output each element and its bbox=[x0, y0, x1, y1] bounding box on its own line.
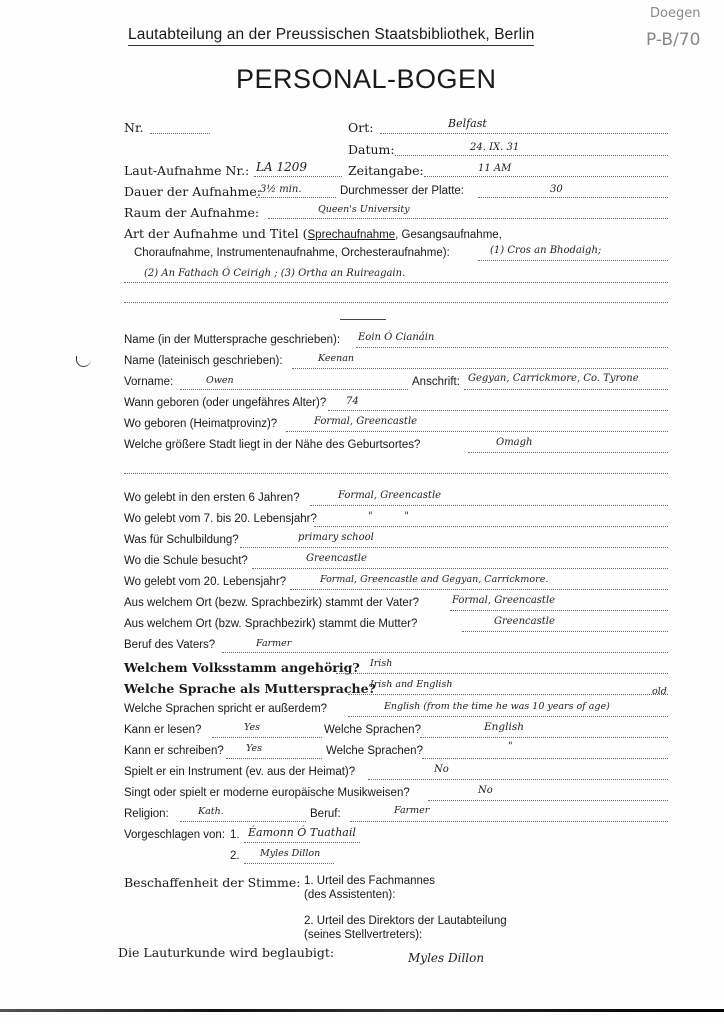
sprachen-ausserdem-value: English (from the time he was 10 years o… bbox=[384, 701, 610, 712]
sprachen-ausserdem-label: Welche Sprachen spricht er außerdem? bbox=[124, 703, 327, 715]
sprachen-ausserdem-superscript: old bbox=[652, 686, 667, 697]
schreiben-field[interactable] bbox=[226, 758, 322, 759]
sprachen-ausserdem-field[interactable] bbox=[348, 716, 668, 717]
ort-value: Belfast bbox=[448, 117, 487, 130]
zeitangabe-value: 11 AM bbox=[478, 163, 511, 174]
art-label-line1: Art der Aufnahme und Titel (Sprechaufnah… bbox=[124, 226, 502, 241]
lesen-label: Kann er lesen? bbox=[124, 724, 201, 736]
beruf-vater-value: Farmer bbox=[256, 638, 291, 649]
stimme-item1-line1: 1. Urteil des Fachmannes bbox=[304, 875, 435, 887]
lesen-value: Yes bbox=[244, 722, 260, 733]
anschrift-label: Anschrift: bbox=[412, 376, 460, 388]
ort-label: Ort: bbox=[348, 120, 373, 135]
lesen-sprachen-value: English bbox=[484, 721, 524, 733]
datum-value: 24. IX. 31 bbox=[470, 142, 519, 153]
vorgeschlagen-field-2[interactable] bbox=[244, 863, 334, 864]
datum-field[interactable] bbox=[395, 155, 668, 156]
geboren-alter-value: 74 bbox=[346, 396, 359, 407]
signature: Myles Dillon bbox=[408, 951, 484, 965]
groessere-stadt-label: Welche größere Stadt liegt in der Nähe d… bbox=[124, 439, 420, 451]
stimme-item1-line2: (des Assistenten): bbox=[304, 889, 395, 901]
institution-header: Lautabteilung an der Preussischen Staats… bbox=[128, 26, 534, 46]
vorname-field[interactable] bbox=[180, 389, 408, 390]
groessere-stadt-field-2[interactable] bbox=[124, 473, 668, 474]
instrument-field[interactable] bbox=[368, 779, 668, 780]
art-label-suffix: , Gesangsaufnahme, bbox=[395, 229, 502, 241]
raum-field[interactable] bbox=[268, 218, 668, 219]
beruf-vater-field[interactable] bbox=[222, 652, 668, 653]
raum-label: Raum der Aufnahme: bbox=[124, 205, 259, 220]
durchmesser-value: 30 bbox=[550, 184, 563, 195]
personal-bogen-form: Lautabteilung an der Preussischen Staats… bbox=[0, 0, 724, 1024]
stimme-item2-line1: 2. Urteil des Direktors der Lautabteilun… bbox=[304, 915, 507, 927]
musikweisen-label: Singt oder spielt er moderne europäische… bbox=[124, 787, 410, 799]
lesen-sprachen-label: Welche Sprachen? bbox=[324, 724, 421, 736]
muttersprache-field[interactable] bbox=[348, 694, 668, 695]
schule-field[interactable] bbox=[252, 568, 668, 569]
dauer-value: 3½ min. bbox=[260, 184, 302, 195]
beruf-field[interactable] bbox=[350, 821, 668, 822]
geboren-alter-field[interactable] bbox=[328, 410, 668, 411]
schreiben-label: Kann er schreiben? bbox=[124, 745, 224, 757]
section-divider bbox=[340, 319, 386, 320]
vater-ort-value: Formal, Greencastle bbox=[452, 595, 555, 606]
art-field-line1[interactable] bbox=[478, 260, 668, 261]
ort-field[interactable] bbox=[380, 133, 668, 134]
musikweisen-value: No bbox=[478, 785, 493, 796]
durchmesser-label: Durchmesser der Platte: bbox=[340, 185, 464, 197]
art-field-line3[interactable] bbox=[124, 302, 668, 303]
laut-aufnahme-nr-field[interactable] bbox=[254, 176, 342, 177]
anschrift-field[interactable] bbox=[464, 389, 668, 390]
stimme-label: Beschaffenheit der Stimme: bbox=[124, 875, 301, 890]
dauer-label: Dauer der Aufnahme: bbox=[124, 184, 261, 199]
vater-ort-label: Aus welchem Ort (bezw. Sprachbezirk) sta… bbox=[124, 597, 419, 609]
art-label-sprechaufnahme: Sprechaufnahme bbox=[308, 229, 396, 241]
raum-value: Queen's University bbox=[318, 204, 410, 215]
vorname-value: Owen bbox=[206, 375, 234, 386]
vorgeschlagen-num-1: 1. bbox=[230, 829, 240, 841]
bottom-rule bbox=[0, 1009, 724, 1012]
schreiben-sprachen-field[interactable] bbox=[422, 758, 668, 759]
beruf-label: Beruf: bbox=[310, 808, 341, 820]
geboren-alter-label: Wann geboren (oder ungefähres Alter)? bbox=[124, 397, 326, 409]
ab-20-value: Formal, Greencastle and Gegyan, Carrickm… bbox=[320, 574, 548, 585]
zeitangabe-field[interactable] bbox=[424, 176, 668, 177]
anschrift-value: Gegyan, Carrickmore, Co. Tyrone bbox=[468, 373, 639, 384]
musikweisen-field[interactable] bbox=[428, 800, 668, 801]
zeitangabe-label: Zeitangabe: bbox=[348, 163, 424, 178]
religion-value: Kath. bbox=[198, 806, 224, 817]
volksstamm-label: Welchem Volksstamm angehörig? bbox=[124, 660, 360, 675]
erste-6-jahre-label: Wo gelebt in den ersten 6 Jahren? bbox=[124, 492, 300, 504]
laut-aufnahme-nr-label: Laut-Aufnahme Nr.: bbox=[124, 163, 249, 178]
volksstamm-field[interactable] bbox=[336, 673, 668, 674]
nr-field[interactable] bbox=[150, 133, 210, 134]
muttersprache-label: Welche Sprache als Muttersprache? bbox=[124, 681, 376, 696]
religion-label: Religion: bbox=[124, 808, 169, 820]
art-label-line2: Choraufnahme, Instrumentenaufnahme, Orch… bbox=[134, 247, 450, 259]
art-value-line1: (1) Cros an Bhodaigh; bbox=[490, 245, 601, 256]
vorgeschlagen-field-1[interactable] bbox=[244, 842, 360, 843]
schule-value: Greencastle bbox=[306, 553, 367, 564]
name-latin-field[interactable] bbox=[292, 368, 668, 369]
instrument-value: No bbox=[434, 764, 449, 775]
muttersprache-value: Irish and English bbox=[370, 679, 452, 690]
durchmesser-field[interactable] bbox=[478, 197, 668, 198]
datum-label: Datum: bbox=[348, 142, 395, 157]
vorgeschlagen-value-1: Éamonn Ó Tuathail bbox=[248, 826, 356, 839]
vorgeschlagen-num-2: 2. bbox=[230, 850, 240, 862]
schreiben-sprachen-value: " bbox=[508, 741, 513, 752]
schreiben-sprachen-label: Welche Sprachen? bbox=[326, 745, 423, 757]
name-native-field[interactable] bbox=[356, 347, 668, 348]
name-native-value: Eoin Ó Cianáin bbox=[358, 332, 434, 343]
art-label-prefix: Art der Aufnahme und Titel ( bbox=[124, 226, 308, 241]
archive-note-line2: P-B/70 bbox=[646, 30, 700, 50]
mutter-ort-value: Greencastle bbox=[494, 616, 555, 627]
laut-aufnahme-nr-value: LA 1209 bbox=[256, 160, 307, 174]
art-field-line2[interactable] bbox=[124, 282, 668, 283]
jahr-7-20-value: " " bbox=[368, 511, 409, 522]
lesen-sprachen-field[interactable] bbox=[420, 737, 668, 738]
lesen-field[interactable] bbox=[212, 737, 322, 738]
schulbildung-value: primary school bbox=[298, 532, 374, 543]
page-title: PERSONAL-BOGEN bbox=[236, 64, 497, 95]
beruf-vater-label: Beruf des Vaters? bbox=[124, 639, 215, 651]
erste-6-jahre-value: Formal, Greencastle bbox=[338, 490, 441, 501]
groessere-stadt-value: Omagh bbox=[496, 437, 532, 448]
name-native-label: Name (in der Muttersprache geschrieben): bbox=[124, 334, 340, 346]
schreiben-value: Yes bbox=[246, 743, 262, 754]
stimme-item2-line2: (seines Stellvertreters): bbox=[304, 929, 422, 941]
schule-label: Wo die Schule besucht? bbox=[124, 555, 248, 567]
name-latin-label: Name (lateinisch geschrieben): bbox=[124, 355, 283, 367]
mutter-ort-label: Aus welchem Ort (bzw. Sprachbezirk) stam… bbox=[124, 618, 417, 630]
ab-20-label: Wo gelebt vom 20. Lebensjahr? bbox=[124, 576, 286, 588]
geboren-ort-value: Formal, Greencastle bbox=[314, 416, 417, 427]
vorname-label: Vorname: bbox=[124, 376, 173, 388]
mutter-ort-field[interactable] bbox=[462, 631, 668, 632]
ab-20-field[interactable] bbox=[290, 589, 668, 590]
beruf-value: Farmer bbox=[394, 805, 429, 816]
jahr-7-20-label: Wo gelebt vom 7. bis 20. Lebensjahr? bbox=[124, 513, 317, 525]
groessere-stadt-field[interactable] bbox=[468, 452, 668, 453]
geboren-ort-label: Wo geboren (Heimatprovinz)? bbox=[124, 418, 277, 430]
schulbildung-label: Was für Schulbildung? bbox=[124, 534, 239, 546]
art-value-line2: (2) An Fathach Ó Ceirigh ; (3) Ortha an … bbox=[144, 268, 405, 279]
erste-6-jahre-field[interactable] bbox=[310, 505, 668, 506]
religion-field[interactable] bbox=[180, 821, 306, 822]
geboren-ort-field[interactable] bbox=[286, 431, 668, 432]
vorgeschlagen-value-2: Myles Dillon bbox=[260, 848, 320, 859]
name-latin-value: Keenan bbox=[318, 353, 354, 364]
volksstamm-value: Irish bbox=[370, 658, 392, 669]
margin-mark bbox=[76, 356, 91, 367]
archive-note-line1: Doegen bbox=[650, 6, 700, 21]
jahr-7-20-field[interactable] bbox=[314, 526, 668, 527]
schulbildung-field[interactable] bbox=[240, 547, 668, 548]
beglaubigt-label: Die Lauturkunde wird beglaubigt: bbox=[118, 945, 334, 960]
vater-ort-field[interactable] bbox=[450, 610, 668, 611]
dauer-field[interactable] bbox=[256, 197, 336, 198]
vorgeschlagen-label: Vorgeschlagen von: bbox=[124, 829, 225, 841]
nr-label: Nr. bbox=[124, 120, 144, 135]
instrument-label: Spielt er ein Instrument (ev. aus der He… bbox=[124, 766, 355, 778]
